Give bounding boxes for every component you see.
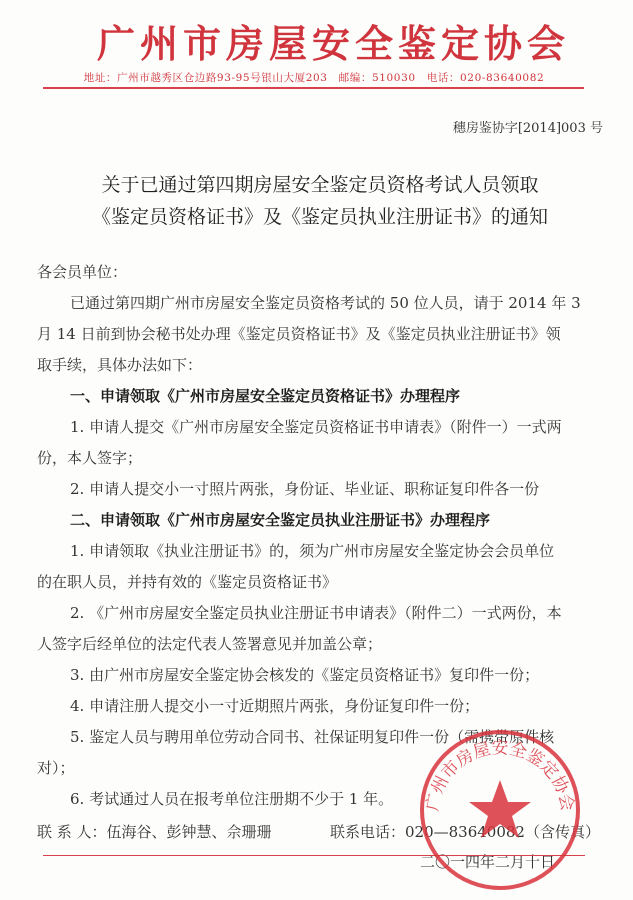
section-1-item-2: 2. 申请人提交小一寸照片两张，身份证、毕业证、职称证复印件各一份	[70, 479, 630, 499]
section-2-item-2-line-2: 人签字后经单位的法定代表人签署意见并加盖公章；	[37, 634, 597, 654]
section-2-heading: 二、申请领取《广州市房屋安全鉴定员执业注册证书》办理程序	[70, 510, 630, 530]
section-2-item-3: 3. 由广州市房屋安全鉴定协会核发的《鉴定员资格证书》复印件一份；	[70, 665, 630, 685]
intro-line-1: 已通过第四期广州市房屋安全鉴定员资格考试的 50 位人员，请于 2014 年 3	[70, 293, 630, 313]
letterhead-divider	[43, 87, 584, 89]
letterhead-org-name: 广州市房屋安全鉴定协会	[97, 22, 542, 66]
section-2-item-1-line-2: 的在职人员，并持有效的《鉴定员资格证书》	[37, 572, 597, 592]
section-2-item-4: 4. 申请注册人提交小一寸近期照片两张，身份证复印件一份；	[70, 696, 630, 716]
section-1-item-1-line-1: 1. 申请人提交《广州市房屋安全鉴定员资格证书申请表》（附件一）一式两	[70, 417, 630, 437]
document-number: 穗房鉴协字[2014]003 号	[453, 117, 603, 136]
section-1-item-1-line-2: 份，本人签字；	[37, 448, 597, 468]
document-title-line-2: 《鉴定员资格证书》及《鉴定员执业注册证书》的通知	[20, 204, 620, 230]
section-2-item-2-line-1: 2. 《广州市房屋安全鉴定员执业注册证书申请表》（附件二）一式两份，本	[70, 603, 630, 623]
document-title-line-1: 关于已通过第四期房屋安全鉴定员资格考试人员领取	[20, 172, 620, 198]
salutation: 各会员单位：	[37, 262, 597, 282]
section-1-heading: 一、申请领取《广州市房屋安全鉴定员资格证书》办理程序	[70, 386, 630, 406]
official-seal-icon: 广州市房屋安全鉴定协会	[418, 728, 582, 892]
intro-line-2: 月 14 日前到协会秘书处办理《鉴定员资格证书》及《鉴定员执业注册证书》领	[37, 324, 597, 344]
section-2-item-1-line-1: 1. 申请领取《执业注册证书》的，须为广州市房屋安全鉴定协会会员单位	[70, 541, 630, 561]
letterhead-address: 地址：广州市越秀区仓边路93-95号银山大厦203 邮编：510030 电话：0…	[64, 70, 564, 85]
contact-people: 联 系 人：伍海谷、彭钟慧、佘珊珊	[37, 822, 272, 842]
intro-line-3: 取手续，具体办法如下：	[37, 355, 597, 375]
